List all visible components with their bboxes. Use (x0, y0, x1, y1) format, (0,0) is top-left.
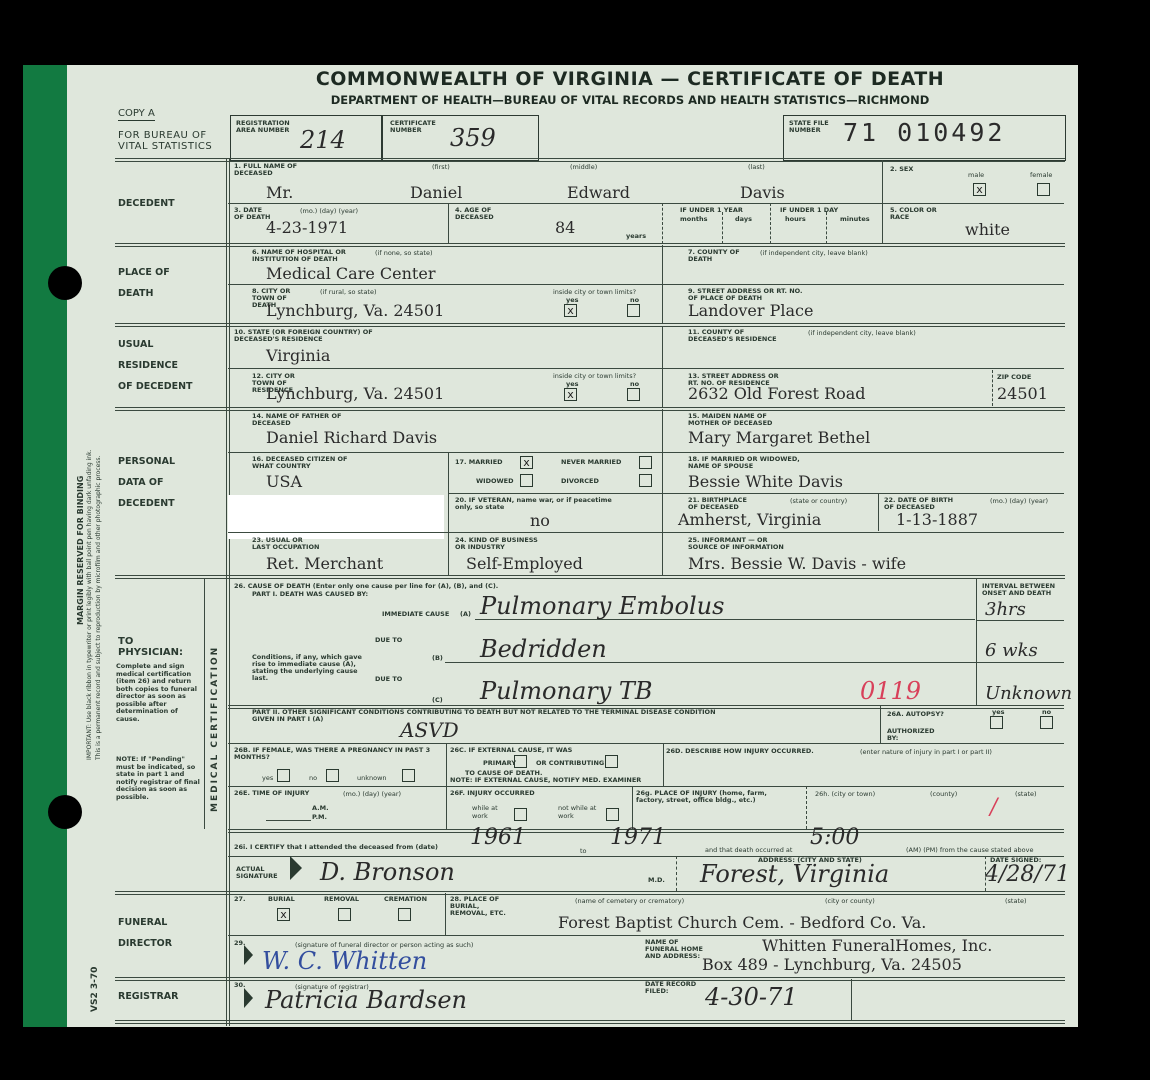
form-number: VS2 3-70 (90, 967, 100, 1012)
section-personal-data: PERSONALDATA OFDECEDENT (118, 451, 175, 514)
part2-label: PART II. OTHER SIGNIFICANT CONDITIONS CO… (252, 709, 722, 723)
section-place-of-death: PLACE OFDEATH (118, 262, 170, 304)
signature-arrow-icon (290, 856, 302, 880)
under-year-label: IF UNDER 1 YEAR (680, 206, 743, 214)
date-of-death: 4-23-1971 (266, 218, 348, 237)
father-name: Daniel Richard Davis (266, 428, 437, 447)
race-value: white (965, 220, 1010, 239)
informant-value: Mrs. Bessie W. Davis - wife (688, 554, 906, 573)
name-title: Mr. (266, 183, 293, 202)
line-a-label: (A) (460, 611, 471, 618)
line-c-label: (C) (432, 697, 443, 704)
hours-label: hours (785, 215, 806, 223)
interval-label: INTERVAL BETWEEN ONSET AND DEATH (982, 583, 1067, 597)
primary-checkbox[interactable] (514, 755, 527, 768)
death-inside-limits-no[interactable] (627, 304, 640, 317)
spouse-label: 18. IF MARRIED OR WIDOWED, NAME OF SPOUS… (688, 456, 808, 470)
county-of-death-label: 7. COUNTY OF DEATH (688, 249, 748, 263)
residence-inside-limits-no[interactable] (627, 388, 640, 401)
pm-cause-label: (AM) (PM) from the cause stated above (906, 846, 1034, 854)
certify-label: 26i. I CERTIFY that I attended the decea… (234, 844, 438, 851)
cremation-label: CREMATION (384, 896, 427, 903)
pregnancy-unknown-label: unknown (357, 774, 387, 782)
divorced-checkbox[interactable] (639, 474, 652, 487)
minutes-label: minutes (840, 215, 870, 223)
autopsy-no-checkbox[interactable] (1040, 716, 1053, 729)
cemetery-hint: (name of cemetery or crematory) (575, 897, 684, 905)
middle-name: Edward (567, 183, 630, 202)
md-label: M.D. (648, 877, 665, 884)
certificate-number-label: CERTIFICATE NUMBER (390, 120, 450, 134)
autopsy-yes-checkbox[interactable] (990, 716, 1003, 729)
disposition-label: 27. (234, 896, 246, 903)
never-married-label: NEVER MARRIED (561, 459, 621, 466)
yes-label: yes (566, 296, 579, 304)
am-label: A.M. (312, 804, 329, 812)
state-file-number: 71 010492 (843, 118, 1005, 147)
birth-date-label: 22. DATE OF BIRTH OF DECEASED (884, 497, 964, 511)
birth-date-value: 1-13-1887 (896, 510, 978, 529)
line-b-label: (B) (432, 655, 443, 662)
sex-male-checkbox[interactable]: x (973, 183, 986, 196)
time-of-injury-label: 26e. TIME OF INJURY (234, 790, 309, 797)
removal-label: REMOVAL (324, 896, 359, 903)
birthplace-value: Amherst, Virginia (678, 510, 821, 529)
zip-label: ZIP CODE (997, 374, 1031, 381)
married-checkbox[interactable]: x (520, 456, 533, 469)
binding-hole-top (48, 266, 82, 300)
injury-description-label: 26d. DESCRIBE HOW INJURY OCCURRED. (666, 748, 814, 755)
bureau-label: FOR BUREAU OFVITAL STATISTICS (118, 130, 212, 152)
time-of-injury-parts: (mo.) (day) (year) (343, 790, 401, 798)
to-physician-label: TO PHYSICIAN: (118, 636, 198, 658)
medical-certification-label: MEDICAL CERTIFICATION (210, 646, 220, 812)
injury-description-hint: (enter nature of injury in part I or par… (860, 748, 992, 756)
spouse-name: Bessie White Davis (688, 472, 843, 491)
registrar-arrow-icon (244, 988, 253, 1008)
state-hint: (state) (1005, 897, 1027, 905)
date-signed: 4/28/71 (985, 862, 1070, 887)
first-name: Daniel (410, 183, 462, 202)
attended-from: 1961 (470, 825, 526, 850)
registration-area-label: REGISTRATION AREA NUMBER (236, 120, 306, 134)
copy-label: COPY A (118, 108, 155, 119)
widowed-checkbox[interactable] (520, 474, 533, 487)
pregnancy-yes-label: yes (262, 774, 273, 782)
full-name-label: 1. FULL NAME OF DECEASED (234, 163, 314, 177)
death-at-label: and that death occurred at (705, 846, 792, 854)
certificate-number: 359 (450, 124, 496, 152)
cremation-checkbox[interactable] (398, 908, 411, 921)
primary-label: PRIMARY (483, 760, 516, 767)
section-decedent: DECEDENT (118, 193, 175, 214)
divorced-label: DIVORCED (561, 478, 599, 485)
funeral-director-signature[interactable]: W. C. Whitten (262, 947, 427, 975)
external-note: NOTE: IF EXTERNAL CAUSE, NOTIFY MED. EXA… (450, 777, 641, 784)
veteran-value: no (530, 511, 550, 530)
binding-hole-bottom (48, 795, 82, 829)
authorized-by-label: AUTHORIZED BY: (887, 728, 937, 742)
county-residence-hint: (if independent city, leave blank) (808, 329, 916, 337)
mother-label: 15. MAIDEN NAME OF MOTHER OF DECEASED (688, 413, 788, 427)
age-value: 84 (555, 218, 575, 237)
while-at-work-label: while at work (472, 804, 512, 820)
race-label: 5. COLOR OR RACE (890, 207, 940, 221)
county-of-death-hint: (if independent city, leave blank) (760, 249, 868, 257)
burial-checkbox[interactable]: x (277, 908, 290, 921)
date-parts-label: (mo.) (day) (year) (300, 207, 358, 215)
due-to-label-2: DUE TO (375, 676, 402, 683)
hospital-hint: (if none, so state) (375, 249, 432, 257)
attended-to: 1971 (610, 825, 666, 850)
state-file-label: STATE FILE NUMBER (789, 120, 834, 134)
funeral-home-name: Whitten FuneralHomes, Inc. (762, 936, 992, 955)
yes-label-2: yes (566, 380, 579, 388)
not-while-at-work-checkbox[interactable] (606, 808, 619, 821)
permanent-note: This is a permanent record and subject t… (95, 456, 102, 760)
mother-name: Mary Margaret Bethel (688, 428, 870, 447)
date-filed: 4-30-71 (705, 983, 798, 1011)
registrar-signature[interactable]: Patricia Bardsen (265, 986, 467, 1014)
autopsy-label: 26a. AUTOPSY? (887, 711, 944, 718)
death-time: 5:00 (810, 825, 859, 850)
widowed-label: WIDOWED (476, 478, 514, 485)
margin-binding-note: MARGIN RESERVED FOR BINDING (76, 476, 85, 625)
male-label: male (968, 171, 984, 179)
state-residence-label: 10. STATE (OR FOREIGN COUNTRY) OF DECEAS… (234, 329, 394, 343)
interval-a: 3hrs (985, 599, 1026, 620)
business-label: 24. KIND OF BUSINESS OR INDUSTRY (455, 537, 545, 551)
green-binding-stripe (23, 65, 67, 1027)
age-label: 4. AGE OF DECEASED (455, 207, 515, 221)
death-inside-limits-yes[interactable]: x (564, 304, 577, 317)
pm-label: P.M. (312, 813, 327, 821)
no-label-2: no (630, 380, 639, 388)
never-married-checkbox[interactable] (639, 456, 652, 469)
days-label: days (735, 215, 752, 223)
part1-label: PART I. DEATH WAS CAUSED BY: (252, 591, 368, 598)
county-residence-label: 11. COUNTY OF DECEASED'S RESIDENCE (688, 329, 778, 343)
inside-limits-label: inside city or town limits? (553, 288, 636, 296)
citizenship-label: 16. DECEASED CITIZEN OF WHAT COUNTRY (252, 456, 362, 470)
state-of-residence: Virginia (266, 346, 330, 365)
hospital-value: Medical Care Center (266, 264, 435, 283)
no-label: no (630, 296, 639, 304)
section-registrar: REGISTRAR (118, 986, 178, 1007)
married-label: 17. MARRIED (455, 459, 503, 466)
city-of-death-hint: (if rural, so state) (320, 288, 377, 296)
cause-a: Pulmonary Embolus (480, 592, 724, 620)
pregnancy-unknown-checkbox[interactable] (402, 769, 415, 782)
business-value: Self-Employed (466, 554, 583, 573)
zip-value: 24501 (997, 384, 1048, 403)
important-note: IMPORTANT: Use black ribbon in typewrite… (86, 450, 93, 760)
funeral-home-address: Box 489 - Lynchburg, Va. 24505 (702, 955, 962, 974)
city-of-residence: Lynchburg, Va. 24501 (266, 384, 444, 403)
pregnancy-no-checkbox[interactable] (326, 769, 339, 782)
cause-c-code: 0119 (860, 677, 921, 705)
burial-label: BURIAL (268, 896, 295, 903)
to-label: to (580, 847, 587, 855)
occupation-label: 23. USUAL OR LAST OCCUPATION (252, 537, 322, 551)
birth-date-parts: (mo.) (day) (year) (990, 497, 1048, 505)
injury-occurred-label: 26f. INJURY OCCURRED (450, 790, 535, 797)
funeral-arrow-icon (244, 945, 253, 965)
document-title: COMMONWEALTH OF VIRGINIA — CERTIFICATE O… (230, 68, 1030, 90)
city-of-death: Lynchburg, Va. 24501 (266, 301, 444, 320)
pregnancy-label: 26b. IF FEMALE, WAS THERE A PREGNANCY IN… (234, 747, 444, 761)
contributing-checkbox[interactable] (605, 755, 618, 768)
contributing-label: or CONTRIBUTING (536, 760, 604, 767)
informant-label: 25. INFORMANT — OR SOURCE OF INFORMATION (688, 537, 798, 551)
last-name: Davis (740, 183, 785, 202)
father-label: 14. NAME OF FATHER OF DECEASED (252, 413, 352, 427)
interval-b: 6 wks (985, 640, 1038, 661)
document-subtitle: DEPARTMENT OF HEALTH—BUREAU OF VITAL REC… (230, 93, 1030, 107)
section-residence: USUALRESIDENCEOF DECEDENT (118, 334, 193, 397)
city-county-hint: (city or county) (825, 897, 875, 905)
external-cause-label: 26c. IF EXTERNAL CAUSE, IT WAS (450, 747, 572, 754)
pregnancy-yes-checkbox[interactable] (277, 769, 290, 782)
immediate-label: IMMEDIATE CAUSE (382, 611, 449, 618)
birthplace-label: 21. BIRTHPLACE OF DECEASED (688, 497, 748, 511)
funeral-home-label: NAME OF FUNERAL HOME AND ADDRESS: (645, 939, 705, 960)
autopsy-yes-label: yes (992, 708, 1005, 716)
veteran-label: 20. IF VETERAN, name war, or if peacetim… (455, 497, 615, 511)
injury-city-label: 26h. (city or town) (815, 790, 875, 798)
injury-county-label: (county) (930, 790, 957, 798)
female-label: female (1030, 171, 1052, 179)
part2-value: ASVD (400, 718, 459, 742)
hospital-label: 6. NAME OF HOSPITAL OR INSTITUTION OF DE… (252, 249, 362, 263)
middle-name-label: (middle) (570, 163, 597, 171)
removal-checkbox[interactable] (338, 908, 351, 921)
due-to-label-1: DUE TO (375, 637, 402, 644)
physician-note: Complete and sign medical certification … (116, 663, 202, 723)
cause-label: 26. CAUSE OF DEATH (Enter only one cause… (234, 583, 594, 590)
last-name-label: (last) (748, 163, 765, 171)
street-of-residence: 2632 Old Forest Road (688, 384, 866, 403)
years-label: years (626, 232, 646, 240)
pending-note: NOTE: If "Pending" must be indicated, so… (116, 756, 202, 801)
inside-limits-label-2: inside city or town limits? (553, 372, 636, 380)
street-of-death: Landover Place (688, 301, 813, 320)
street-of-death-label: 9. STREET ADDRESS OR RT. NO. OF PLACE OF… (688, 288, 808, 302)
not-while-at-work-label: not while at work (558, 804, 598, 820)
under-day-label: IF UNDER 1 DAY (780, 206, 838, 214)
months-label: months (680, 215, 707, 223)
section-funeral-director: FUNERALDIRECTOR (118, 912, 172, 954)
burial-place-label: 28. PLACE OF BURIAL, REMOVAL, ETC. (450, 896, 510, 917)
autopsy-no-label: no (1042, 708, 1051, 716)
place-of-injury-label: 26g. PLACE OF INJURY (home, farm, factor… (636, 790, 786, 804)
birthplace-hint: (state or country) (790, 497, 847, 505)
cause-c: Pulmonary TB (480, 677, 653, 705)
residence-inside-limits-yes[interactable]: x (564, 388, 577, 401)
injury-mark: / (990, 795, 997, 820)
occupation-value: Ret. Merchant (266, 554, 383, 573)
pregnancy-no-label: no (309, 774, 317, 782)
physician-address: Forest, Virginia (700, 860, 889, 888)
sex-label: 2. SEX (890, 166, 913, 173)
interval-c: Unknown (985, 683, 1072, 704)
citizenship-value: USA (266, 472, 302, 491)
actual-signature-label: ACTUAL SIGNATURE (236, 866, 276, 880)
sex-female-checkbox[interactable] (1037, 183, 1050, 196)
cause-b: Bedridden (480, 635, 607, 663)
date-filed-label: DATE RECORD FILED: (645, 981, 705, 995)
registration-area-number: 214 (300, 126, 346, 154)
injury-state-label: (state) (1015, 790, 1037, 798)
first-name-label: (first) (432, 163, 450, 171)
while-at-work-checkbox[interactable] (514, 808, 527, 821)
physician-signature[interactable]: D. Bronson (320, 858, 455, 886)
conditions-note: Conditions, if any, which gave rise to i… (252, 654, 372, 682)
burial-place: Forest Baptist Church Cem. - Bedford Co.… (558, 913, 926, 932)
